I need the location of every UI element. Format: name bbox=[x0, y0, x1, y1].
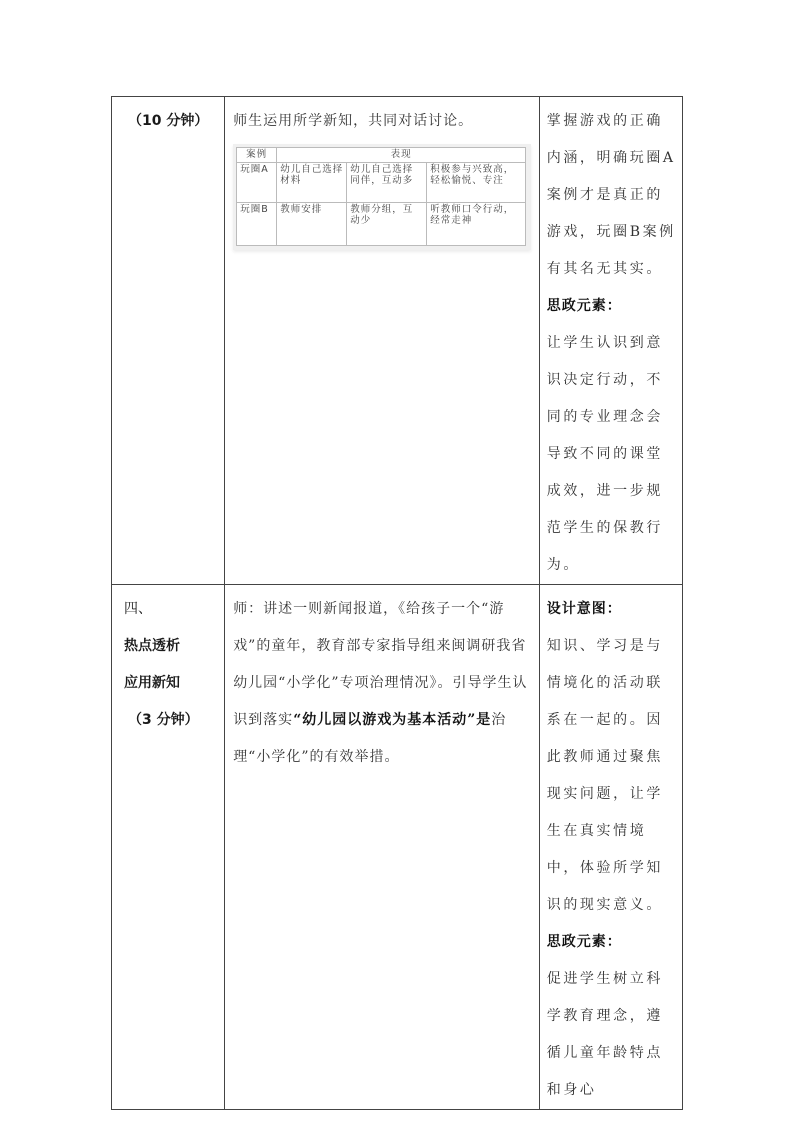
activity-text: 师：讲述一则新闻报道，《给孩子一个“游戏”的童年，教育部专家指导组来闽调研我省幼… bbox=[225, 585, 539, 776]
table-row: 玩圈B 教师安排 教师分组，互动少 听教师口令行动，经常走神 bbox=[237, 203, 526, 246]
ideology-paragraph: 促进学生树立科学教育理念，遵循儿童年龄特点和身心 bbox=[547, 961, 676, 1109]
activity-intro: 师生运用所学新知，共同对话讨论。 bbox=[233, 103, 531, 140]
embedded-table-image: 案例 表现 玩圈A 幼儿自己选择材料 幼儿自己选择同伴，互动多 积极参与兴致高，… bbox=[233, 144, 531, 250]
table-cell: 教师分组，互动少 bbox=[347, 203, 427, 246]
design-intent-heading: 设计意图： bbox=[547, 591, 676, 628]
activity-text-part1: 师：讲述一则新闻报道，《给孩子一个“游戏”的童年，教育部专家指导组来闽调研我省幼… bbox=[233, 601, 527, 728]
design-intent-paragraph: 知识、学习是与情境化的活动联系在一起的。因此教师通过聚焦现实问题，让学生在真实情… bbox=[547, 628, 676, 924]
table-row: 玩圈A 幼儿自己选择材料 幼儿自己选择同伴，互动多 积极参与兴致高，轻松愉悦、专… bbox=[237, 163, 526, 203]
stage-title-line2: 应用新知 bbox=[124, 665, 218, 702]
stage-duration: （10 分钟） bbox=[124, 103, 218, 140]
case-label: 玩圈B bbox=[237, 203, 277, 246]
ideology-heading: 思政元素： bbox=[547, 288, 676, 325]
table-cell: 教师安排 bbox=[277, 203, 347, 246]
stage-cell: （10 分钟） bbox=[112, 97, 225, 585]
activity-text-emphasis: “幼儿园以游戏为基本活动”是 bbox=[293, 712, 491, 728]
header-performance: 表现 bbox=[277, 148, 526, 163]
activity-cell: 师：讲述一则新闻报道，《给孩子一个“游戏”的童年，教育部专家指导组来闽调研我省幼… bbox=[225, 585, 540, 1110]
case-label: 玩圈A bbox=[237, 163, 277, 203]
intent-paragraph: 掌握游戏的正确内涵，明确玩圈A案例才是真正的游戏，玩圈B案例有其名无其实。 bbox=[547, 103, 676, 288]
activity-cell: 师生运用所学新知，共同对话讨论。 案例 表现 玩圈A 幼儿自己选择材料 bbox=[225, 97, 540, 585]
table-cell: 听教师口令行动，经常走神 bbox=[427, 203, 526, 246]
stage-duration: （3 分钟） bbox=[124, 702, 218, 739]
lesson-plan-table: （10 分钟） 师生运用所学新知，共同对话讨论。 案例 表现 bbox=[111, 96, 683, 1110]
header-case: 案例 bbox=[237, 148, 277, 163]
ideology-heading: 思政元素： bbox=[547, 924, 676, 961]
stage-title-line1: 热点透析 bbox=[124, 628, 218, 665]
table-row: 四、 热点透析 应用新知 （3 分钟） 师：讲述一则新闻报道，《给孩子一个“游戏… bbox=[112, 585, 683, 1110]
stage-number: 四、 bbox=[124, 591, 218, 628]
intent-cell: 掌握游戏的正确内涵，明确玩圈A案例才是真正的游戏，玩圈B案例有其名无其实。 思政… bbox=[539, 97, 682, 585]
stage-cell: 四、 热点透析 应用新知 （3 分钟） bbox=[112, 585, 225, 1110]
case-comparison-table: 案例 表现 玩圈A 幼儿自己选择材料 幼儿自己选择同伴，互动多 积极参与兴致高，… bbox=[236, 147, 526, 246]
table-row: （10 分钟） 师生运用所学新知，共同对话讨论。 案例 表现 bbox=[112, 97, 683, 585]
table-cell: 幼儿自己选择材料 bbox=[277, 163, 347, 203]
table-cell: 积极参与兴致高，轻松愉悦、专注 bbox=[427, 163, 526, 203]
table-cell: 幼儿自己选择同伴，互动多 bbox=[347, 163, 427, 203]
ideology-paragraph: 让学生认识到意识决定行动，不同的专业理念会导致不同的课堂成效，进一步规范学生的保… bbox=[547, 325, 676, 584]
intent-cell: 设计意图： 知识、学习是与情境化的活动联系在一起的。因此教师通过聚焦现实问题，让… bbox=[539, 585, 682, 1110]
